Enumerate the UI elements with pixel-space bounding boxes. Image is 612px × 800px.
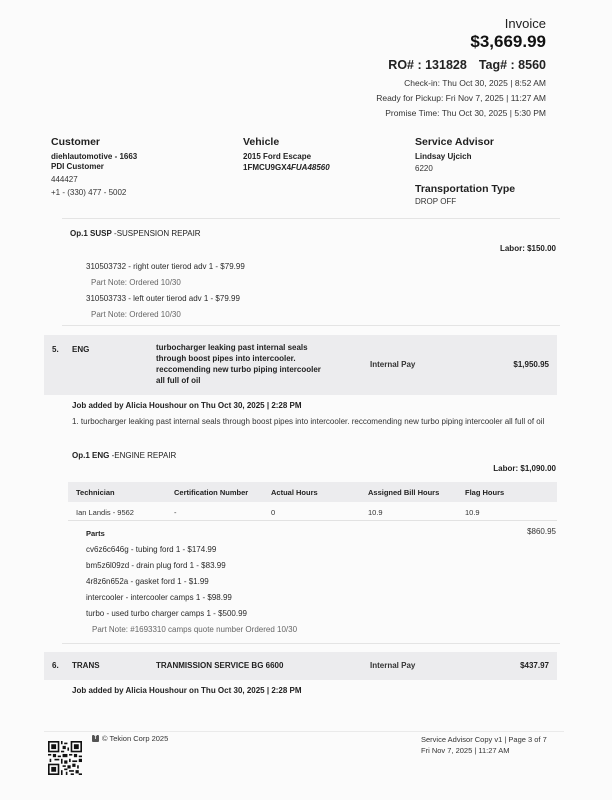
job-5-pay-type: Internal Pay [370, 360, 415, 369]
vin-prefix: 1FMCU9GX4 [243, 163, 291, 172]
service-advisor-id: 6220 [415, 164, 433, 173]
cell-assigned-bill-hours: 10.9 [368, 508, 383, 517]
technician-table: Technician Certification Number Actual H… [68, 482, 557, 521]
col-flag-hours: Flag Hours [465, 488, 504, 497]
vehicle-vin: 1FMCU9GX4FUA48560 [243, 163, 330, 172]
cell-actual-hours: 0 [271, 508, 275, 517]
ro-number: RO# : 131828 [388, 58, 467, 72]
eng-part-4: intercooler - intercooler camps 1 - $98.… [86, 593, 232, 602]
table-row: Ian Landis - 9562 - 0 10.9 10.9 [68, 502, 557, 521]
susp-op-name: -SUSPENSION REPAIR [114, 229, 201, 238]
susp-part-1: 310503732 - right outer tierod adv 1 - $… [86, 262, 245, 271]
divider [62, 643, 560, 644]
col-certification-number: Certification Number [174, 488, 248, 497]
job-5-row[interactable]: 5. ENG turbocharger leaking past interna… [44, 335, 557, 395]
eng-labor: Labor: $1,090.00 [493, 464, 556, 473]
susp-part-2: 310503733 - left outer tierod adv 1 - $7… [86, 294, 240, 303]
customer-name: diehlautomotive - 1663 [51, 152, 137, 161]
parts-title: Parts [86, 529, 105, 538]
tag-number: Tag# : 8560 [479, 58, 546, 72]
service-advisor-title: Service Advisor [415, 136, 494, 148]
job-5-code: ENG [72, 345, 89, 354]
eng-part-5: turbo - used turbo charger camps 1 - $50… [86, 609, 247, 618]
eng-part-3: 4r8z6n652a - gasket ford 1 - $1.99 [86, 577, 209, 586]
copyright-text: © Tekion Corp 2025 [102, 734, 168, 743]
col-actual-hours: Actual Hours [271, 488, 318, 497]
eng-op-name: -ENGINE REPAIR [112, 451, 177, 460]
ro-tag-line: RO# : 131828Tag# : 8560 [388, 58, 546, 72]
transportation-type-title: Transportation Type [415, 183, 515, 195]
job-5-amount: $1,950.95 [513, 360, 549, 369]
check-in-time: Check-in: Thu Oct 30, 2025 | 8:52 AM [404, 78, 546, 88]
job-6-amount: $437.97 [520, 661, 549, 670]
invoice-label: Invoice [505, 16, 546, 31]
divider [62, 218, 560, 219]
promise-time: Promise Time: Thu Oct 30, 2025 | 5:30 PM [385, 108, 546, 118]
copy-info: Service Advisor Copy v1 | Page 3 of 7 [421, 735, 547, 744]
job-5-added-by: Job added by Alicia Houshour on Thu Oct … [72, 401, 302, 410]
cell-certification-number: - [174, 508, 177, 517]
col-technician: Technician [76, 488, 115, 497]
eng-part-note: Part Note: #1693310 camps quote number O… [92, 625, 297, 634]
transportation-type-value: DROP OFF [415, 197, 456, 206]
cell-technician: Ian Landis - 9562 [76, 508, 134, 517]
customer-title: Customer [51, 136, 100, 148]
parts-total: $860.95 [527, 527, 556, 536]
cell-flag-hours: 10.9 [465, 508, 480, 517]
customer-number: 444427 [51, 175, 78, 184]
vehicle-title: Vehicle [243, 136, 279, 148]
eng-part-1: cv6z6c646g - tubing ford 1 - $174.99 [86, 545, 216, 554]
job-6-added-by: Job added by Alicia Houshour on Thu Oct … [72, 686, 302, 695]
job-5-description: turbocharger leaking past internal seals… [156, 342, 331, 386]
divider [62, 325, 560, 326]
service-advisor-name: Lindsay Ujcich [415, 152, 471, 161]
tekion-logo-icon: T [92, 735, 99, 742]
customer-phone: +1 - (330) 477 - 5002 [51, 188, 126, 197]
job-6-description: TRANMISSION SERVICE BG 6600 [156, 660, 283, 671]
job-6-pay-type: Internal Pay [370, 661, 415, 670]
printed-at: Fri Nov 7, 2025 | 11:27 AM [421, 746, 510, 755]
eng-op-code: Op.1 ENG [72, 451, 109, 460]
customer-type: PDI Customer [51, 162, 104, 171]
col-assigned-bill-hours: Assigned Bill Hours [368, 488, 439, 497]
vehicle-model: 2015 Ford Escape [243, 152, 311, 161]
invoice-total: $3,669.99 [470, 32, 546, 52]
job-6-number: 6. [52, 661, 59, 670]
job-6-row[interactable]: 6. TRANS TRANMISSION SERVICE BG 6600 Int… [44, 652, 557, 680]
qr-code-icon [48, 741, 82, 775]
footer-copyright: T © Tekion Corp 2025 [92, 734, 168, 743]
susp-labor: Labor: $150.00 [500, 244, 556, 253]
susp-op-code: Op.1 SUSP [70, 229, 112, 238]
job-5-number: 5. [52, 345, 59, 354]
susp-part-2-note: Part Note: Ordered 10/30 [91, 310, 181, 319]
footer-divider [44, 731, 564, 732]
technician-table-header: Technician Certification Number Actual H… [68, 482, 557, 502]
susp-op-title: Op.1 SUSP -SUSPENSION REPAIR [70, 229, 201, 238]
eng-part-2: bm5z6l09zd - drain plug ford 1 - $83.99 [86, 561, 226, 570]
job-5-note: 1. turbocharger leaking past internal se… [72, 416, 562, 427]
eng-op-title: Op.1 ENG -ENGINE REPAIR [72, 451, 176, 460]
ready-for-pickup-time: Ready for Pickup: Fri Nov 7, 2025 | 11:2… [376, 93, 546, 103]
job-6-code: TRANS [72, 661, 100, 670]
vin-suffix: FUA48560 [291, 163, 330, 172]
susp-part-1-note: Part Note: Ordered 10/30 [91, 278, 181, 287]
